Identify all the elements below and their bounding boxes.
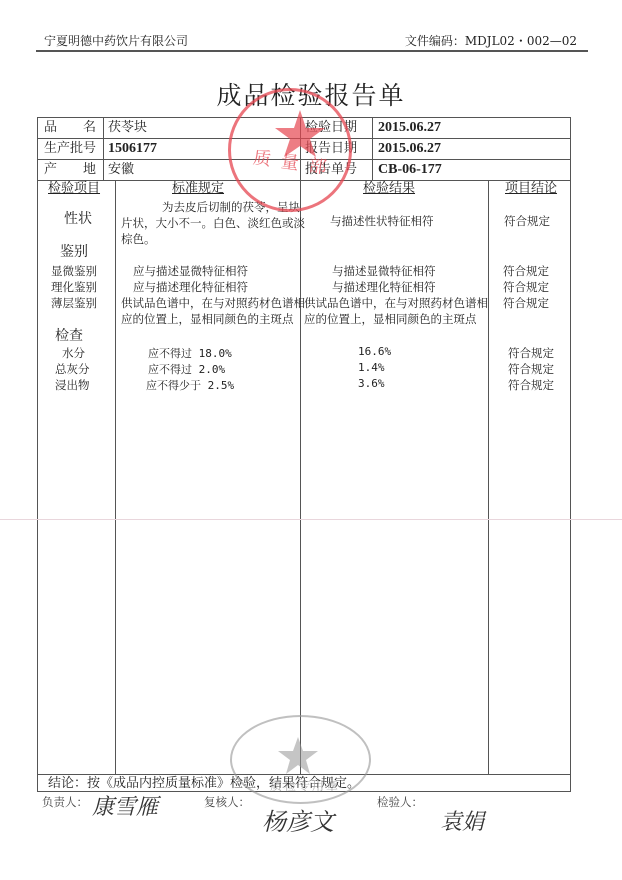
- standard-physicochemical: 应与描述理化特征相符: [133, 279, 248, 295]
- result-tlc-l2: 应的位置上，显相同颜色的主斑点: [304, 311, 477, 327]
- identification-heading: 鉴别: [60, 243, 88, 261]
- item-tlc: 薄层鉴别: [51, 295, 97, 311]
- standard-character-l3: 棕色。: [121, 231, 156, 247]
- col-divider: [103, 117, 104, 180]
- product-name-label: 品 名: [44, 119, 96, 137]
- report-date-value: 2015.06.27: [378, 140, 441, 158]
- inspector-signature: 袁娟: [440, 805, 484, 836]
- col-divider: [372, 117, 373, 180]
- reviewer-signature: 杨彦文: [262, 802, 334, 837]
- header-rule: [36, 50, 588, 52]
- origin-label: 产 地: [44, 161, 96, 179]
- conclusion-microscopic: 符合规定: [503, 263, 549, 279]
- company-name: 宁夏明德中药饮片有限公司: [44, 32, 188, 49]
- result-microscopic: 与描述显微特征相符: [332, 263, 436, 279]
- item-microscopic: 显微鉴别: [51, 263, 97, 279]
- standard-character-l2: 片状，大小不一。白色、淡红色或淡: [121, 215, 305, 231]
- origin-value: 安徽: [108, 161, 134, 179]
- report-no-value: CB-06-177: [378, 161, 442, 179]
- quality-dept-stamp: 质量部: [228, 88, 352, 212]
- result-character: 与描述性状特征相符: [330, 213, 434, 229]
- standard-ash: 应不得过 2.0%: [148, 361, 225, 377]
- batch-label: 生产批号: [44, 140, 96, 158]
- conclusion-character: 符合规定: [504, 213, 550, 229]
- item-ash: 总灰分: [55, 361, 90, 377]
- conclusion-tlc: 符合规定: [503, 295, 549, 311]
- col-header-conclusion: 项目结论: [505, 180, 557, 198]
- responsible-label: 负责人：: [42, 794, 88, 810]
- conclusion-extract: 符合规定: [508, 377, 554, 393]
- item-character: 性状: [64, 210, 92, 228]
- standard-moisture: 应不得过 18.0%: [148, 345, 232, 361]
- col-divider: [488, 180, 489, 774]
- col-header-result: 检验结果: [363, 180, 415, 198]
- scan-artifact-line: [0, 519, 622, 520]
- standard-tlc-l1: 供试品色谱中，在与对照药材色谱相: [121, 295, 305, 311]
- conclusion-moisture: 符合规定: [508, 345, 554, 361]
- item-extract: 浸出物: [55, 377, 90, 393]
- stamp-label: 质检专用章: [270, 777, 340, 794]
- conclusion-physicochemical: 符合规定: [503, 279, 549, 295]
- qc-seal-stamp: 质检专用章: [230, 715, 371, 804]
- result-ash: 1.4%: [358, 361, 385, 374]
- standard-extract: 应不得少于 2.5%: [146, 377, 234, 393]
- standard-tlc-l2: 应的位置上，显相同颜色的主斑点: [121, 311, 294, 327]
- col-header-item: 检验项目: [48, 180, 100, 198]
- col-divider: [115, 180, 116, 774]
- inspector-label: 检验人：: [377, 794, 423, 810]
- doc-code-label: 文件编码：: [405, 34, 465, 48]
- doc-code: 文件编码：MDJL02・002—02: [405, 32, 577, 49]
- result-moisture: 16.6%: [358, 345, 391, 358]
- result-tlc-l1: 供试品色谱中，在与对照药材色谱相: [304, 295, 488, 311]
- inspect-date-value: 2015.06.27: [378, 119, 441, 137]
- standard-microscopic: 应与描述显微特征相符: [133, 263, 248, 279]
- responsible-signature: 康雪雁: [92, 790, 158, 821]
- result-physicochemical: 与描述理化特征相符: [332, 279, 436, 295]
- conclusion-ash: 符合规定: [508, 361, 554, 377]
- result-extract: 3.6%: [358, 377, 385, 390]
- doc-code-value: MDJL02・002—02: [465, 34, 577, 48]
- item-moisture: 水分: [62, 345, 85, 361]
- batch-value: 1506177: [108, 140, 157, 158]
- item-physicochemical: 理化鉴别: [51, 279, 97, 295]
- col-header-standard: 标准规定: [172, 180, 224, 198]
- col-divider: [300, 180, 301, 774]
- product-name-value: 茯苓块: [108, 119, 147, 137]
- check-heading: 检查: [55, 327, 83, 345]
